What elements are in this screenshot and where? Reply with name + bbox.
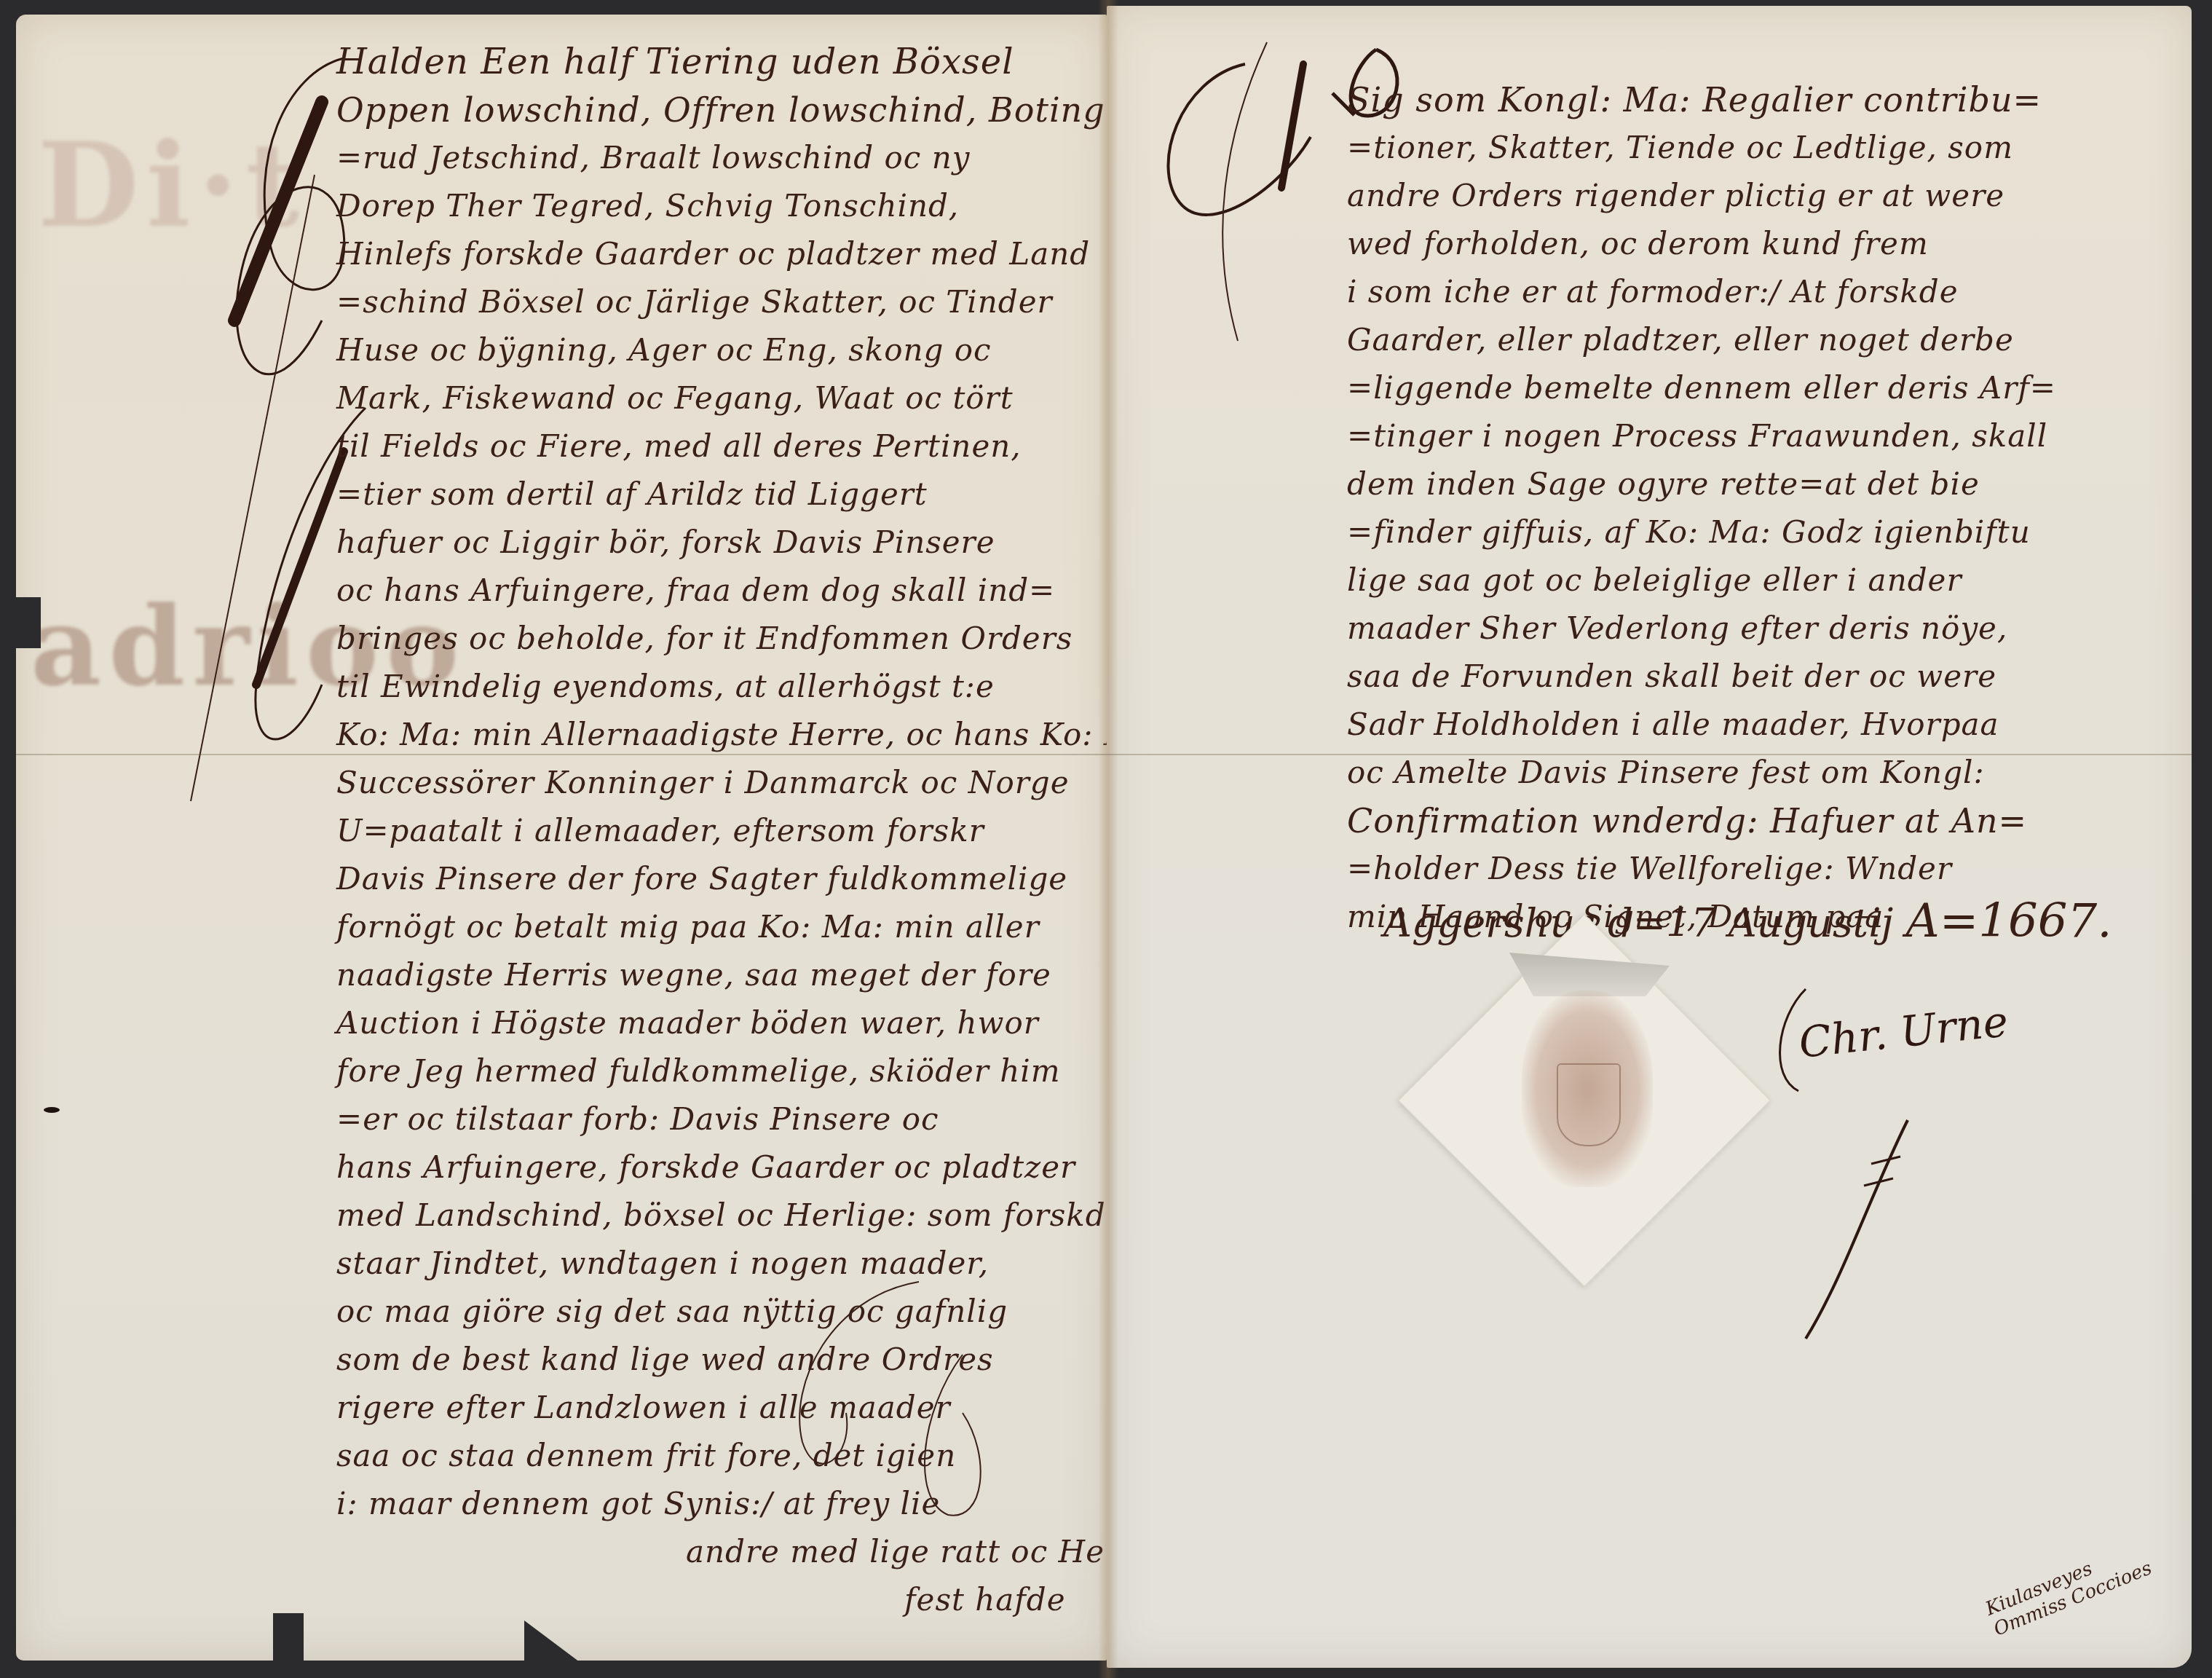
bleed-through-mark: Di·t: [38, 117, 307, 253]
date-year: A=1667.: [1905, 894, 2112, 948]
torn-edge: [16, 597, 41, 648]
text-line: dem inden Sage ogyre rette=at det bie: [1347, 460, 2177, 508]
text-line: =er oc tilstaar forb: Davis Pinsere oc: [336, 1095, 1094, 1143]
signature: Chr. Urne: [1796, 996, 2010, 1068]
text-line: med Landschind, böxsel oc Herlige: som f…: [336, 1191, 1094, 1240]
text-line: Halden Een half Tiering uden Böxsel: [336, 38, 1094, 86]
text-line: U=paatalt i allemaader, eftersom forskr: [336, 807, 1094, 855]
manuscript-spread: adrioo Di·t Halden Een half Tiering uden…: [0, 0, 2212, 1678]
text-line: Hinlefs forskde Gaarder oc pladtzer med …: [336, 230, 1094, 278]
text-line: Dorep Ther Tegred, Schvig Tonschind,: [336, 182, 1094, 230]
ink-blot: [44, 1107, 60, 1113]
text-line: =liggende bemelte dennem eller deris Arf…: [1347, 364, 2177, 412]
text-line: til Fields oc Fiere, med all deres Perti…: [336, 422, 1094, 470]
text-line: =finder giffuis, af Ko: Ma: Godz igienbi…: [1347, 508, 2177, 556]
right-page-text: Oc Hvad De Sig som Kongl: Ma: Regalier c…: [1347, 28, 2177, 941]
text-line: =tier som dertil af Arildz tid Liggert: [336, 470, 1094, 519]
text-line: andre med lige ratt oc Herlig: som de de…: [336, 1528, 1094, 1576]
right-page: Oc Hvad De Sig som Kongl: Ma: Regalier c…: [1107, 6, 2192, 1668]
text-line: Auction i Högste maader böden waer, hwor: [336, 999, 1094, 1047]
text-line: Sig som Kongl: Ma: Regalier contribu=: [1347, 76, 2177, 124]
text-line: i: maar dennem got Synis:/ at frey lie: [336, 1480, 1094, 1528]
torn-edge: [273, 1613, 304, 1664]
text-line: Sadr Holdholden i alle maader, Hvorpaa: [1347, 701, 2177, 749]
text-line: rigere efter Landzlowen i alle maader: [336, 1384, 1094, 1432]
text-line: lige saa got oc beleiglige eller i ander: [1347, 556, 2177, 604]
book-gutter: [1098, 0, 1118, 1678]
paper-seal: [1423, 940, 1744, 1260]
text-line: Mark, Fiskewand oc Fegang, Waat oc tört: [336, 374, 1094, 422]
text-line: fore Jeg hermed fuldkommelige, skiöder h…: [336, 1047, 1094, 1095]
text-line: Ko: Ma: min Allernaadigste Herre, oc han…: [336, 711, 1094, 759]
text-line: hans Arfuingere, forskde Gaarder oc plad…: [336, 1143, 1094, 1191]
text-line: =tinger i nogen Process Fraawunden, skal…: [1347, 412, 2177, 460]
text-line: fornögt oc betalt mig paa Ko: Ma: min al…: [336, 903, 1094, 951]
seal-flap: [1509, 953, 1670, 996]
text-line: Oppen lowschind, Offren lowschind, Botin…: [336, 86, 1094, 134]
text-line: staar Jindtet, wndtagen i nogen maader,: [336, 1240, 1094, 1288]
archival-note: Kiulasveyes Ommiss Coccioes: [1983, 1532, 2168, 1640]
text-line: =tioner, Skatter, Tiende oc Ledtlige, so…: [1347, 124, 2177, 172]
left-page: adrioo Di·t Halden Een half Tiering uden…: [16, 15, 1107, 1661]
text-line: fest hafde: [336, 1576, 1094, 1624]
date-month: Augustij: [1729, 900, 1894, 946]
text-line: =rud Jetschind, Braalt lowschind oc ny: [336, 134, 1094, 182]
coat-of-arms-shield-icon: [1557, 1063, 1621, 1146]
text-line: i som iche er at formoder:/ At forskde: [1347, 268, 2177, 316]
fold-line: [16, 754, 2192, 755]
text-line: til Ewindelig eyendoms, at allerhögst t:…: [336, 663, 1094, 711]
text-line: hafuer oc Liggir bör, forsk Davis Pinser…: [336, 519, 1094, 567]
text-line: =holder Dess tie Wellforelige: Wnder: [1347, 845, 2177, 893]
text-line: maader Sher Vederlong efter deris nöye,: [1347, 604, 2177, 653]
left-page-text: Halden Een half Tiering uden Böxsel Oppe…: [336, 38, 1094, 1624]
text-line: =schind Böxsel oc Järlige Skatter, oc Ti…: [336, 278, 1094, 326]
text-line: Successörer Konninger i Danmarck oc Norg…: [336, 759, 1094, 807]
text-line: Gaarder, eller pladtzer, eller noget der…: [1347, 316, 2177, 364]
text-line: som de best kand lige wed andre Ordres: [336, 1336, 1094, 1384]
text-line: oc maa giöre sig det saa nÿttig oc gafnl…: [336, 1288, 1094, 1336]
text-line: saa de Forvunden skall beit der oc were: [1347, 653, 2177, 701]
text-line: bringes oc beholde, for it Endfommen Ord…: [336, 615, 1094, 663]
text-line: Confirmation wnderdg: Hafuer at An=: [1347, 797, 2177, 845]
text-line: saa oc staa dennem frit fore, det igien: [336, 1432, 1094, 1480]
text-line: Davis Pinsere der fore Sagter fuldkommel…: [336, 855, 1094, 903]
text-line: oc hans Arfuingere, fraa dem dog skall i…: [336, 567, 1094, 615]
text-line: naadigste Herris wegne, saa meget der fo…: [336, 951, 1094, 999]
text-line: andre Orders rigender plictig er at were: [1347, 172, 2177, 220]
text-line: oc Amelte Davis Pinsere fest om Kongl:: [1347, 749, 2177, 797]
text-line: wed forholden, oc derom kund frem: [1347, 220, 2177, 268]
text-line: Huse oc bÿgning, Ager oc Eng, skong oc: [336, 326, 1094, 374]
